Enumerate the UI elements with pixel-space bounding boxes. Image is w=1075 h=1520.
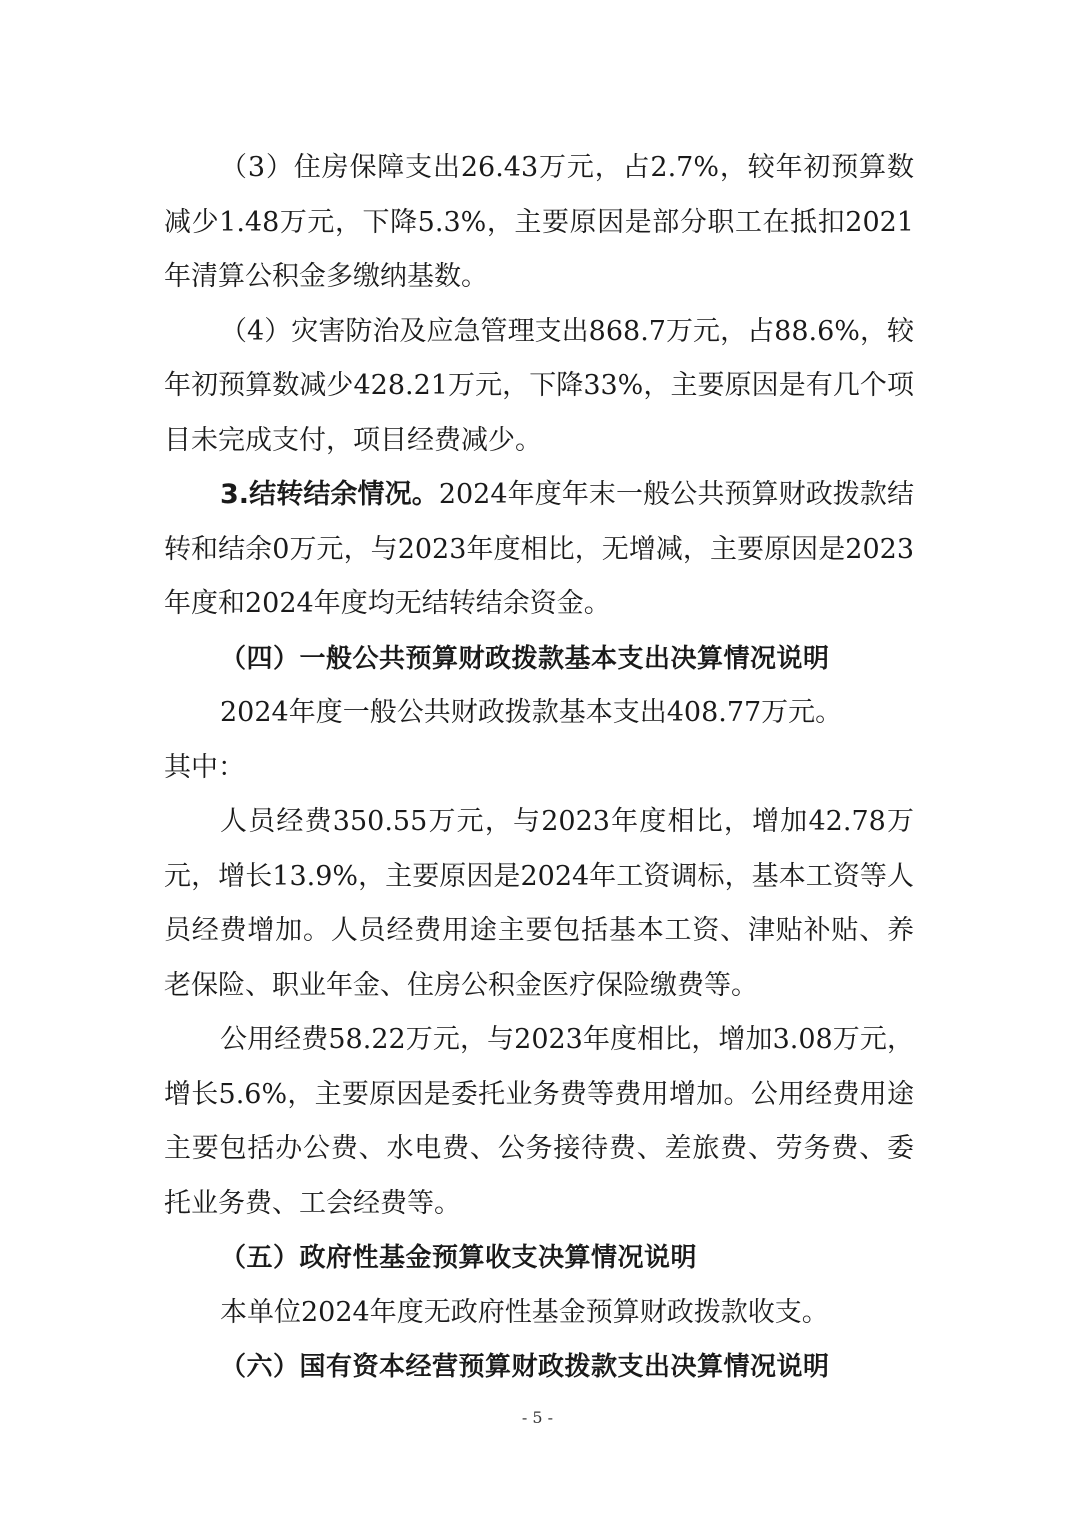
document-page: （3）住房保障支出26.43万元，占2.7%，较年初预算数减少1.48万元，下降… [164,141,914,1395]
section-heading-6: （六）国有资本经营预算财政拨款支出决算情况说明 [164,1340,914,1395]
page-number: - 5 - [0,1408,1075,1427]
paragraph-disaster-expenditure: （4）灾害防治及应急管理支出868.7万元，占88.6%，较年初预算数减少428… [164,305,914,469]
paragraph-housing-expenditure: （3）住房保障支出26.43万元，占2.7%，较年初预算数减少1.48万元，下降… [164,141,914,305]
section-heading-4: （四）一般公共预算财政拨款基本支出决算情况说明 [164,632,914,687]
paragraph-personnel-expenses: 人员经费350.55万元，与2023年度相比，增加42.78万元，增长13.9%… [164,795,914,1013]
paragraph-among: 其中： [164,741,914,796]
carryover-lead: 3.结转结余情况。 [220,479,439,510]
paragraph-carryover: 3.结转结余情况。2024年度年末一般公共预算财政拨款结转和结余0万元，与202… [164,468,914,632]
section-heading-5: （五）政府性基金预算收支决算情况说明 [164,1231,914,1286]
paragraph-gov-fund: 本单位2024年度无政府性基金预算财政拨款收支。 [164,1286,914,1341]
paragraph-basic-total: 2024年度一般公共财政拨款基本支出408.77万元。 [164,686,914,741]
paragraph-public-expenses: 公用经费58.22万元，与2023年度相比，增加3.08万元，增长5.6%，主要… [164,1013,914,1231]
